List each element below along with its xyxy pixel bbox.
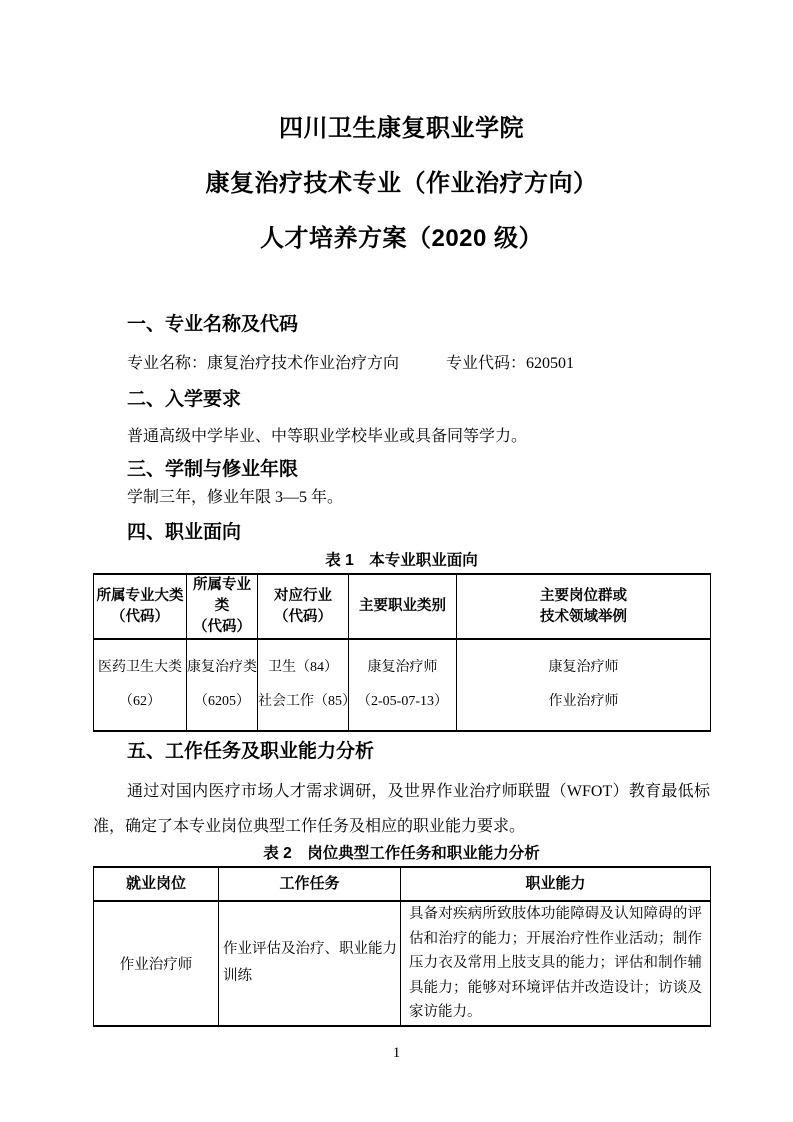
- table-2-data-row: 作业治疗师 作业评估及治疗、职业能力训练 具备对疾病所致肢体功能障碍及认知障碍的…: [94, 901, 711, 1026]
- table-1-data-row: 医药卫生大类 （62） 康复治疗类 （6205） 卫生（84） 社会工作（85）…: [94, 639, 711, 731]
- admission-requirement-text: 普通高级中学毕业、中等职业学校毕业或具备同等学力。: [127, 426, 710, 448]
- section-3-heading: 三、学制与修业年限: [127, 458, 710, 482]
- major-name-code-line: 专业名称：康复治疗技术作业治疗方向 专业代码：620501: [127, 353, 710, 375]
- title-school-name: 四川卫生康复职业学院: [93, 115, 710, 143]
- table-2-header-row: 就业岗位 工作任务 职业能力: [94, 867, 711, 901]
- section-4-heading: 四、职业面向: [127, 521, 710, 545]
- table-2-caption: 表 2 岗位典型工作任务和职业能力分析: [93, 844, 710, 864]
- table-1-header-major-category: 所属专业大类 （代码）: [94, 574, 187, 639]
- title-major-name: 康复治疗技术专业（作业治疗方向）: [93, 170, 710, 198]
- table-1-cell-major-class: 康复治疗类 （6205）: [187, 639, 258, 731]
- table-1-cell-major-category: 医药卫生大类 （62）: [94, 639, 187, 731]
- section-5-heading: 五、工作任务及职业能力分析: [127, 740, 710, 764]
- table-1-cell-post-group: 康复治疗师 作业治疗师: [457, 639, 711, 731]
- career-orientation-table: 所属专业大类 （代码） 所属专业类 （代码） 对应行业 （代码） 主要职业类别 …: [93, 573, 711, 732]
- table-1-header-post-group: 主要岗位群或 技术领域举例: [457, 574, 711, 639]
- study-duration-text: 学制三年，修业年限 3—5 年。: [127, 487, 710, 509]
- title-block: 四川卫生康复职业学院 康复治疗技术专业（作业治疗方向） 人才培养方案（2020 …: [93, 0, 710, 253]
- table-1-header-major-class: 所属专业类 （代码）: [187, 574, 258, 639]
- section-1-heading: 一、专业名称及代码: [127, 313, 710, 337]
- table-1-header-industry: 对应行业 （代码）: [258, 574, 349, 639]
- work-task-ability-table: 就业岗位 工作任务 职业能力 作业治疗师 作业评估及治疗、职业能力训练 具备对疾…: [93, 866, 711, 1027]
- major-code-text: 专业代码：620501: [446, 353, 574, 375]
- table-1-header-row: 所属专业大类 （代码） 所属专业类 （代码） 对应行业 （代码） 主要职业类别 …: [94, 574, 711, 639]
- table-2-cell-abilities: 具备对疾病所致肢体功能障碍及认知障碍的评估和治疗的能力；开展治疗性作业活动；制作…: [401, 901, 711, 1026]
- document-content: 四川卫生康复职业学院 康复治疗技术专业（作业治疗方向） 人才培养方案（2020 …: [93, 0, 710, 1027]
- page-number: 1: [0, 1044, 793, 1062]
- title-training-plan: 人才培养方案（2020 级）: [93, 225, 710, 253]
- table-2-header-tasks: 工作任务: [219, 867, 401, 901]
- table-1-caption: 表 1 本专业职业面向: [93, 551, 710, 571]
- table-1-header-occupation-category: 主要职业类别: [349, 574, 457, 639]
- document-page: 四川卫生康复职业学院 康复治疗技术专业（作业治疗方向） 人才培养方案（2020 …: [0, 0, 793, 1122]
- major-name-text: 专业名称：康复治疗技术作业治疗方向: [127, 353, 399, 375]
- analysis-paragraph: 通过对国内医疗市场人才需求调研，及世界作业治疗师联盟（WFOT）教育最低标准，确…: [93, 774, 710, 844]
- table-2-header-abilities: 职业能力: [401, 867, 711, 901]
- table-1-cell-industry: 卫生（84） 社会工作（85）: [258, 639, 349, 731]
- table-2-header-post: 就业岗位: [94, 867, 219, 901]
- table-2-cell-tasks: 作业评估及治疗、职业能力训练: [219, 901, 401, 1026]
- section-2-heading: 二、入学要求: [127, 388, 710, 412]
- table-1-cell-occupation-category: 康复治疗师 （2-05-07-13）: [349, 639, 457, 731]
- table-2-cell-post: 作业治疗师: [94, 901, 219, 1026]
